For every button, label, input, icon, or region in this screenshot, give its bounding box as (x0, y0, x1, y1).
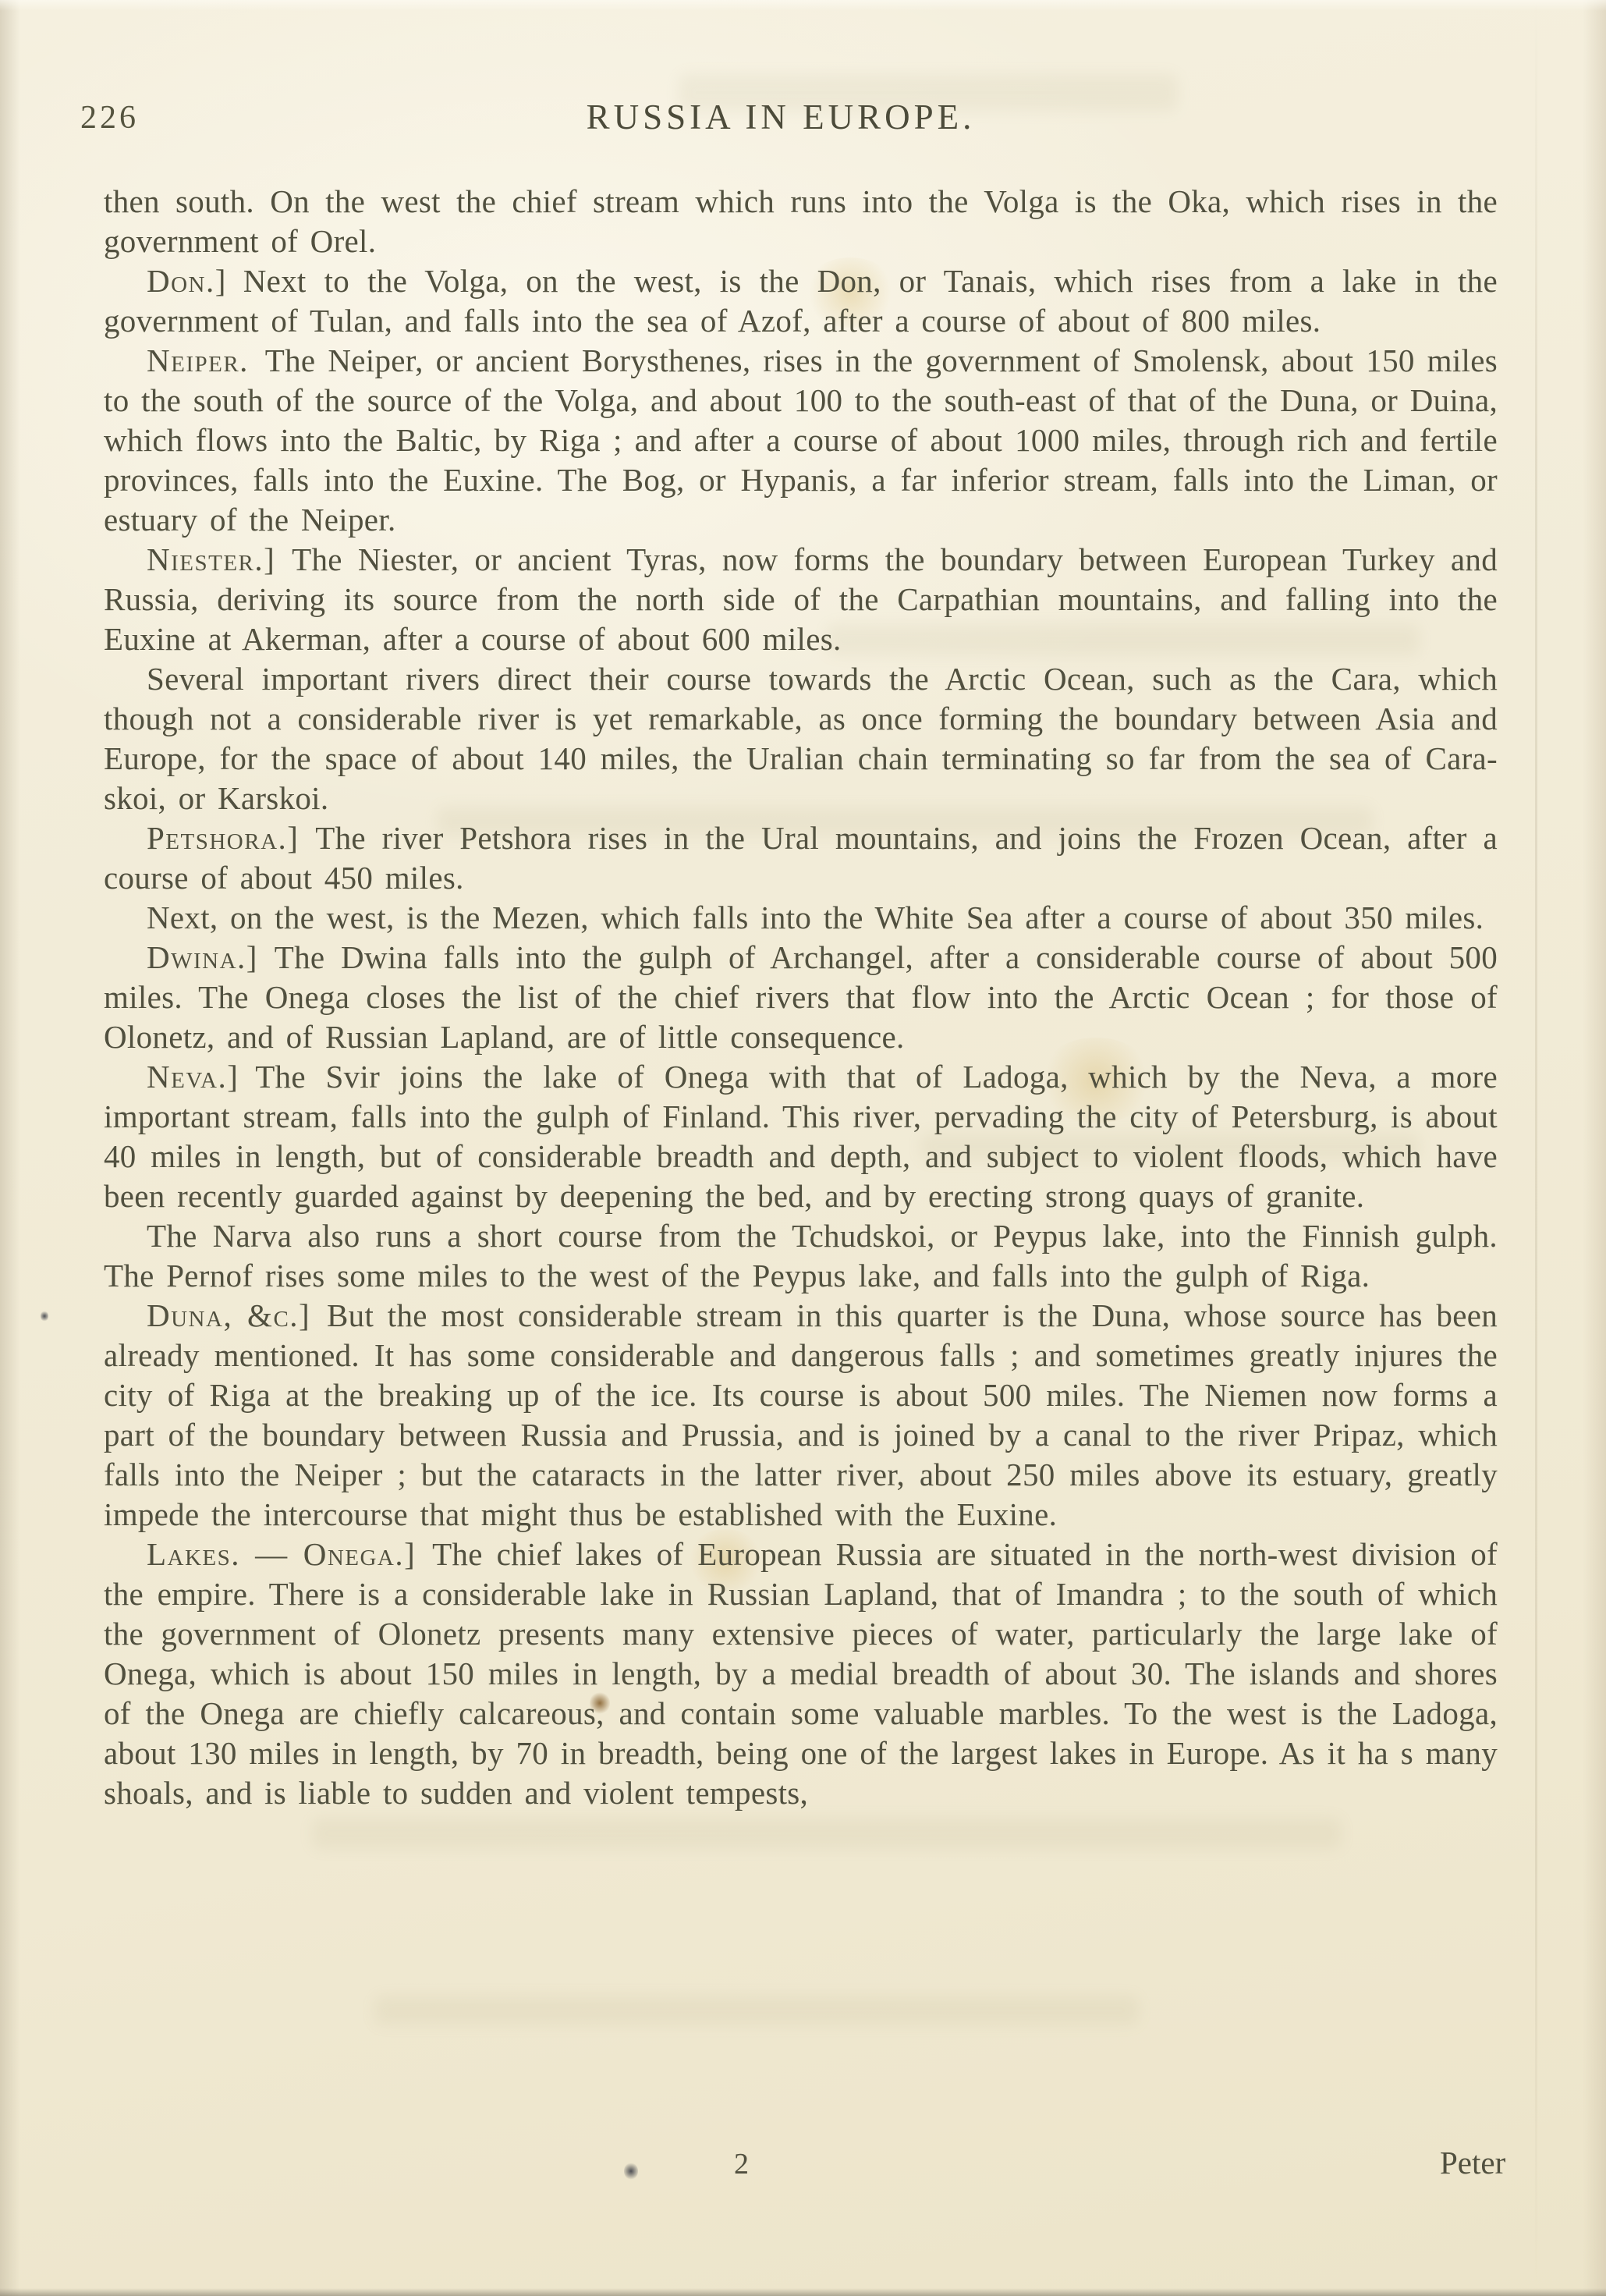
paragraph: Duna, &c.] But the most considerable str… (104, 1296, 1498, 1535)
paragraph-text: But the most considerable stream in this… (104, 1297, 1498, 1532)
paragraph-text: then south. On the west the chief stream… (104, 183, 1498, 259)
paragraph-text: The Neiper, or ancient Borysthenes, rise… (104, 342, 1498, 538)
catchword: Peter (1440, 2144, 1505, 2181)
paragraph: Petshora.] The river Petshora rises in t… (104, 818, 1498, 898)
paragraph: Next, on the west, is the Mezen, which f… (104, 898, 1498, 938)
paragraph-lead: Niester.] (147, 541, 275, 577)
paragraph-text: Next, on the west, is the Mezen, which f… (147, 900, 1484, 935)
paragraph: Don.] Next to the Volga, on the west, is… (104, 261, 1498, 341)
page-text: then south. On the west the chief stream… (104, 182, 1498, 1813)
paragraph-text: Several important rivers direct their co… (104, 661, 1498, 816)
paragraph: The Narva also runs a short course from … (104, 1216, 1498, 1296)
paragraph-lead: Duna, &c.] (147, 1297, 310, 1333)
showthrough-blot (374, 1996, 1139, 2025)
paper-edge-bottom (0, 2288, 1606, 2296)
paragraph-text: The Niester, or ancient Tyras, now forms… (104, 541, 1498, 657)
book-page: 226 RUSSIA IN EUROPE. then south. On the… (0, 0, 1606, 2296)
paragraph-text: The Dwina falls into the gulph of Archan… (104, 939, 1498, 1055)
paragraph-lead: Neiper. (147, 342, 249, 378)
paragraph: Niester.] The Niester, or ancient Tyras,… (104, 540, 1498, 659)
ink-speck (41, 1311, 48, 1322)
paragraph: Dwina.] The Dwina falls into the gulph o… (104, 938, 1498, 1057)
paragraph-lead: Don.] (147, 263, 227, 299)
ink-spot (624, 2163, 638, 2180)
paper-edge-left (0, 0, 20, 2296)
paragraph: Several important rivers direct their co… (104, 659, 1498, 818)
showthrough-blot (312, 1818, 1342, 1849)
paragraph-text: Next to the Volga, on the west, is the D… (104, 263, 1498, 339)
paragraph: Lakes. — Onega.] The chief lakes of Euro… (104, 1535, 1498, 1813)
paragraph-text: The chief lakes of European Russia are s… (104, 1536, 1498, 1811)
paragraph-lead: Dwina.] (147, 939, 258, 975)
paragraph-lead: Lakes. — Onega.] (147, 1536, 416, 1572)
paragraph-lead: Petshora.] (147, 820, 299, 856)
paragraph-text: The Narva also runs a short course from … (104, 1218, 1498, 1293)
paper-edge-right (1583, 0, 1606, 2296)
paragraph: Neiper. The Neiper, or ancient Borysthen… (104, 341, 1498, 540)
paper-edge-top (0, 0, 1606, 11)
paragraph-text: The Svir joins the lake of Onega with th… (104, 1059, 1498, 1214)
signature-mark: 2 (734, 2147, 749, 2181)
paper-crease (1535, 0, 1537, 2296)
paragraph: then south. On the west the chief stream… (104, 182, 1498, 261)
paragraph-text: The river Petshora rises in the Ural mou… (104, 820, 1498, 896)
paragraph-lead: Neva.] (147, 1059, 239, 1095)
page-number: 226 (80, 99, 139, 137)
paragraph: Neva.] The Svir joins the lake of Onega … (104, 1057, 1498, 1216)
running-title: RUSSIA IN EUROPE. (587, 97, 976, 137)
